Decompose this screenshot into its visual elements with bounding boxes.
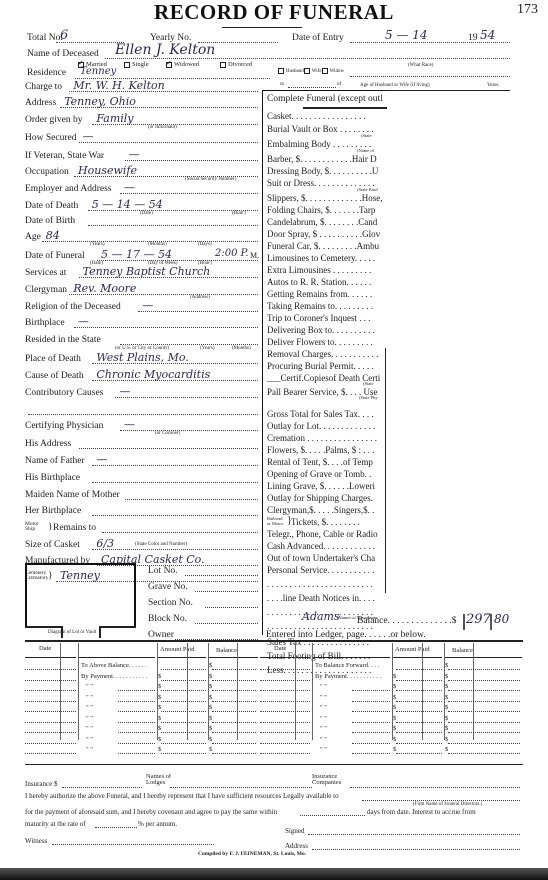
field-input-line[interactable] [92,465,258,466]
balance-field[interactable] [448,732,520,733]
amount-paid-field[interactable] [396,711,442,712]
ledger-desc-field[interactable] [118,690,155,691]
ledger-header-rule [444,657,522,658]
field-value[interactable]: 5 — 14 — 54 [92,198,163,211]
ledger-date-field[interactable] [25,722,76,723]
field-value[interactable]: — [78,315,89,328]
spouse-or: or [280,82,284,87]
charge-line-item[interactable]: . . . . . . . . . . . . . . . . . . . . … [267,579,387,589]
payment-text: for the payment of aforesaid sum, and I … [25,808,277,816]
field-value[interactable]: 5 — 17 — 54 [101,248,172,261]
field-label: Cause of Death [25,371,84,381]
ledger-date-field[interactable] [25,690,76,691]
balance-prefix: $ [445,736,448,743]
lot-field-input[interactable] [185,575,258,576]
amount-paid-field[interactable] [161,753,206,754]
field-input-line[interactable] [79,448,258,449]
field-input-line[interactable] [92,549,258,550]
balance-prefix: $ [445,683,448,690]
ledger-date-field[interactable] [260,732,310,733]
field-value[interactable]: — [83,130,94,143]
name-of-deceased-label: Name of Deceased [27,49,99,59]
ledger-date-field[interactable] [25,701,76,702]
charge-line-item[interactable]: Autos to R. R. Station. . . . . . [267,277,387,287]
field-label: Name of Father [25,456,85,466]
ledger-date-field[interactable] [260,711,310,712]
charge-line-item[interactable]: Personal Service. . . . . . . . . . . [267,565,387,575]
ledger-date-field[interactable] [25,743,76,744]
balance-field[interactable] [212,701,256,702]
amount-paid-field[interactable] [396,732,442,733]
lot-field-label: Section No. [148,598,193,608]
ledger-entry-label: " " [86,715,93,722]
field-input-line[interactable] [92,482,258,483]
ledger-column-rule [237,643,238,740]
field-input-line[interactable] [120,193,258,194]
field-value[interactable]: — [129,148,140,161]
field-input-line[interactable] [125,499,258,500]
charge-line-item[interactable]: Getting Remains from. . . . . . [267,289,387,299]
field-value[interactable]: 6/3 [96,537,114,550]
diagram-base [25,626,62,628]
ledger-header-rule [208,657,258,658]
lodges-label: Names ofLodges [146,774,171,786]
ledger-date-field[interactable] [260,669,310,670]
field-label: Certifying Physician [25,421,103,431]
charge-line-item[interactable]: Clergyman,$. . . . .Singers,$. . [267,505,387,515]
ledger-date-field[interactable] [260,701,310,702]
balance-field[interactable] [448,743,520,744]
charge-line-item[interactable]: Trip to Coroner's Inquest . . . [267,313,387,323]
field-label: If Veteran, State War [25,151,104,161]
ledger-desc-field[interactable] [118,722,155,723]
field-hint: (Social Security Number) [185,177,236,182]
amount-paid-prefix: $ [393,673,396,680]
residence-label: Residence [27,68,66,78]
marital-widowed[interactable]: Widowed [166,61,199,68]
balance-cents[interactable]: 80 [494,612,509,626]
charge-line-item[interactable]: Removal Charges. . . . . . . . . . . [267,349,387,359]
date-of-entry-year[interactable]: 54 [480,28,495,42]
balance-field[interactable] [212,690,256,691]
field-input-line[interactable] [92,515,258,516]
ledger-date-field[interactable] [260,690,310,691]
field-value[interactable]: — [124,418,135,431]
balance-divider [463,614,465,630]
field-label: Maiden Name of Mother [25,490,120,500]
signer-address-field[interactable] [312,849,520,850]
ledger-desc-field[interactable] [352,722,390,723]
field-label: Her Birthplace [25,506,81,516]
balance-prefix: $ [445,746,448,753]
balance-field[interactable] [212,669,256,670]
maturity-text: maturity at the rate of [25,820,86,828]
field-input-line[interactable] [138,311,258,312]
label-line: or Motor [267,521,283,526]
checkbox-label: Husband [286,69,304,74]
ledger-date-field[interactable] [260,680,310,681]
ledger-column-rule [422,643,423,740]
residence-value[interactable]: Tenney [80,66,116,77]
field-value[interactable]: West Plains, Mo. [96,351,188,364]
field-input-line[interactable] [115,397,258,398]
checkbox-divorced[interactable] [220,62,226,68]
label-line: Lodges [146,780,171,786]
charge-line-item[interactable]: Out of town Undertaker's Cha [267,553,387,563]
lot-field-input[interactable] [205,607,258,608]
days-text: days from date. Interest to accrue from [367,808,476,816]
field-label: Religion of the Deceased [25,302,121,312]
lot-field-label: Block No. [148,614,187,624]
checkbox-widow[interactable] [322,68,328,74]
total-no-value[interactable]: 6 [60,28,68,43]
ledger-bottom-rule [25,764,523,765]
field-value[interactable]: Rev. Moore [73,282,136,295]
amount-paid-field[interactable] [161,732,206,733]
balance-field[interactable] [448,669,520,670]
field-label: Place of Death [25,354,81,364]
charges-header: Complete Funeral (except outl [267,94,387,104]
ledger-entry-label: " " [86,725,93,732]
ledger-column-rule [295,643,296,740]
spouse-options: HusbandWifeWidow [278,68,344,74]
amount-paid-prefix: $ [158,673,161,680]
balance-prefix: $ [209,694,212,701]
ledger-desc-field[interactable] [118,753,155,754]
what-race-note: (What Race) [408,63,433,68]
funeral-director-field[interactable] [362,800,520,801]
dotted-line [350,42,510,43]
lot-field-input[interactable] [195,591,258,592]
ledger-desc-field[interactable] [118,732,155,733]
diagram-caption: Diagram of Lot or Vault [48,630,96,635]
checkbox-label: Divorced [228,61,252,68]
companies-field[interactable] [350,787,520,788]
balance-field[interactable] [212,711,256,712]
ledger-desc-field[interactable] [352,701,390,702]
field-value[interactable]: — [119,385,130,398]
balance-field[interactable] [448,690,520,691]
charge-line-item[interactable]: Gross Total for Sales Tax. . . . [267,409,387,419]
field-value[interactable]: Mr. W. H. Kelton [73,79,164,92]
ledger-entry-label: To Balance Forward. . . . [315,662,379,669]
ledger-desc-field[interactable] [352,690,390,691]
ledger-date-field[interactable] [25,669,76,670]
diagram-base [99,626,136,628]
amount-paid-field[interactable] [161,690,206,691]
amount-paid-prefix: $ [158,694,161,701]
label-line: Companies [312,780,341,786]
balance-field[interactable] [212,722,256,723]
amount-paid-field[interactable] [396,690,442,691]
charge-line-item[interactable]: . . . .line Death Notices in. . . . [267,593,387,603]
ledger-entry-label: " " [86,694,93,701]
charge-hint: (Name of [357,148,374,153]
amount-paid-field[interactable] [161,743,206,744]
companies-label: InsuranceCompanies [312,774,341,786]
charge-line-item[interactable]: Delivering Box to. . . . . . . . . . [267,325,387,335]
balance-dollars[interactable]: 297 [466,612,491,627]
field-label: Date of Death [25,201,78,211]
marital-single[interactable]: Single [124,61,149,68]
charge-line-item[interactable]: Dressing Body, $. . . . . . . . . .U [267,166,387,176]
amount-paid-field[interactable] [161,701,206,702]
field-hint: (Days) [198,242,212,247]
ledger-entry-label: " " [86,736,93,743]
ledger-header-rule [260,657,310,658]
charge-line-item[interactable]: Tickets, $. . . . . . . . [291,517,411,527]
witness-field[interactable] [52,844,214,845]
ledger-entry-label: By Payment. . . . . . . . . . . [315,673,381,680]
address-label: Address [285,842,308,850]
checkbox-widowed[interactable] [166,62,172,68]
scan-edge [0,868,548,880]
balance-label: Balance. . . . . . . . . . . . . .$ [357,616,456,626]
ledger-entry-label: " " [320,746,327,753]
ledger-header: Amount Paid [395,646,430,653]
form-title: RECORD OF FUNERAL [0,0,548,25]
balance-prefix: $ [445,715,448,722]
charge-line-item[interactable]: Total Footing of Bill. . . . . . . [267,651,387,661]
interest-rate-field[interactable] [95,827,137,828]
firm-name-note: (Firm Name of Funeral Directors.) [413,802,482,807]
amount-paid-prefix: $ [158,704,161,711]
charge-line-item[interactable]: Deliver Flowers to. . . . . . . . . [267,337,387,347]
checkbox-wife[interactable] [304,68,310,74]
ledger-column-rule [60,643,61,740]
amount-paid-prefix: $ [158,715,161,722]
ledger-desc-field[interactable] [352,743,390,744]
field-hint: (Months) [148,242,167,247]
charge-line-item[interactable]: Procuring Burial Permit. . . . . [267,361,387,371]
ledger-column-rule [312,643,313,740]
field-label: Charge to [25,82,62,92]
charge-hint: (State Kind [357,187,378,192]
days-field[interactable] [300,815,365,816]
charge-hint: (State [363,381,374,386]
field-input-line[interactable] [74,327,258,328]
balance-prefix: $ [209,746,212,753]
field-hint: (State Color and Number) [135,542,187,547]
railroad-motor-label: Railroador Motor [267,516,283,526]
amount-paid-prefix: $ [158,683,161,690]
charge-line-item[interactable]: Taking Remains to. . . . . . . . . [267,301,387,311]
amount-paid-field[interactable] [396,669,442,670]
field-label: Remains to [53,523,96,533]
field-input-line[interactable] [120,344,258,345]
ledger-header: Date [274,645,286,652]
charge-line-item[interactable]: Barber, $. . . . . . . . . . . .Hair D [267,154,387,164]
ledger-entry-label: " " [320,725,327,732]
prefix-line: Ship [25,527,39,532]
field-hint: (Date) [140,211,153,216]
ledger-desc-field[interactable] [352,732,390,733]
field-label: Services at [25,268,66,278]
amount-paid-field[interactable] [396,722,442,723]
field-label: Resided in the State [25,335,101,345]
ledger-column-rule [473,643,474,740]
balance-field[interactable] [448,680,520,681]
charge-line-item[interactable]: Cash Advanced. . . . . . . . . . . . [267,541,387,551]
field-hint: (Address) [190,295,210,300]
checkbox-label: Widow [330,69,345,74]
ledger-desc-field[interactable] [118,743,155,744]
charge-hint: (State [361,133,372,138]
dotted-line [350,76,510,77]
charge-line-item[interactable]: Candelabrum, $. . . . . . . .Cand [267,217,387,227]
field-label: Size of Casket [25,540,80,550]
balance-prefix: $ [445,673,448,680]
field-input-line[interactable] [102,532,258,533]
ledger-date-field[interactable] [25,711,76,712]
balance-field[interactable] [212,753,256,754]
amount-paid-field[interactable] [161,711,206,712]
balance-field[interactable] [448,753,520,754]
authorize-text: I hereby authorize the above Funeral, an… [25,792,339,800]
dotted-line [288,87,336,88]
amount-paid-prefix: $ [158,736,161,743]
ledger-entry-label: Entered into Ledger, page. . . . . .or b… [266,630,426,640]
balance-field[interactable] [212,743,256,744]
ledger-header: Balance [452,647,473,654]
amount-paid-prefix: $ [393,725,396,732]
charge-line-item[interactable]: Lining Grave, $. . . . . .Loweri [267,481,387,491]
amount-paid-prefix: $ [393,694,396,701]
field-label: How Secured [25,133,76,143]
ledger-entry-label: " " [320,704,327,711]
lot-field-input[interactable] [195,623,258,624]
field-input-line[interactable] [125,160,258,161]
amount-paid-field[interactable] [396,701,442,702]
field-value[interactable]: Housewife [78,164,137,177]
balance-prefix: $ [209,683,212,690]
name-of-deceased-value[interactable]: Ellen J. Kelton [115,42,215,58]
field-value[interactable]: Tenney, Ohio [64,95,136,108]
charge-line-item[interactable]: Opening of Grave or Tomb. . [267,469,387,479]
charge-line-item[interactable]: Slippers, $. . . . . . . . . . . . .Hose… [267,193,387,203]
ledger-date-field[interactable] [25,732,76,733]
balance-field[interactable] [448,701,520,702]
charge-line-item[interactable]: Door Spray, $ . . . . . . . . . .Glov [267,229,387,239]
balance-prefix: $ [445,725,448,732]
field-hint: (or Coroner) [155,431,180,436]
field-label: His Birthplace [25,473,80,483]
ledger-date-field[interactable] [260,722,310,723]
field-input-line[interactable] [120,430,258,431]
charge-line-item[interactable]: Flowers, $. . . . .Palms, $ : . . . [267,445,387,455]
amount-paid-field[interactable] [161,722,206,723]
charge-line-item[interactable]: Extra Limousines . . . . . . . . . [267,265,387,275]
signed-field[interactable] [308,834,520,835]
lot-field-label: Lot No. [148,566,178,576]
charge-line-item[interactable]: Funeral Car, $. . . . . . . . .Ambu [267,241,387,251]
amount-paid-field[interactable] [161,680,206,681]
field-value[interactable]: Chronic Myocarditis [96,368,210,381]
ledger-date-field[interactable] [260,743,310,744]
ledger-desc-field[interactable] [352,753,390,754]
amount-paid-field[interactable] [396,680,442,681]
field-hint: (Hour) [232,211,246,216]
ledger-desc-field[interactable] [118,701,155,702]
ledger-date-field[interactable] [260,753,310,754]
field-hint: (Years) [200,346,215,351]
balance-field[interactable] [448,711,520,712]
amount-paid-prefix: $ [393,683,396,690]
checkbox-single[interactable] [124,62,130,68]
field-label: Birthplace [25,318,65,328]
amount-paid-field[interactable] [161,669,206,670]
ledger-entry-label: By Payment. . . . . . . . . . . [81,673,147,680]
field-value[interactable]: Family [96,112,133,125]
ledger-header: Amount Paid [160,646,195,653]
checkbox-husband[interactable] [278,68,284,74]
ledger-entry-label: " " [86,704,93,711]
section-divider [25,640,523,642]
ledger-desc-field[interactable] [118,711,155,712]
brace: } [48,522,53,532]
field-value[interactable]: — [96,453,107,466]
ledger-header-rule [157,657,206,658]
field-label: Address [25,98,56,108]
balance-field[interactable] [448,722,520,723]
field-input-line[interactable] [88,225,258,226]
charge-line-item[interactable]: Cremation . . . . . . . . . . . . . . . … [267,433,387,443]
field-label: His Address [25,439,71,449]
ledger-desc-field[interactable] [352,711,390,712]
ledger-date-field[interactable] [25,680,76,681]
charge-line-item[interactable]: Telegr., Phone, Cable or Radio [267,529,387,539]
checkbox-label: Single [132,61,149,68]
ledger-entry-label: To Above Balance. . . . . . [81,662,147,669]
field-value[interactable]: — [142,299,153,312]
charge-line-item[interactable]: Outlay for Lot. . . . . . . . . . . . . [267,421,387,431]
field-value[interactable]: — [124,181,135,194]
field-label: Date of Birth [25,216,75,226]
field-suffix: M. [250,251,259,260]
amount-paid-field[interactable] [396,753,442,754]
ledger-header-rule [25,657,76,658]
field-value[interactable]: Tenney Baptist Church [83,265,211,278]
balance-field[interactable] [212,732,256,733]
field-input-line[interactable] [79,142,258,143]
ledger-date-field[interactable] [25,753,76,754]
balance-field[interactable] [212,680,256,681]
charge-line-item[interactable]: Outlay for Shipping Charges. [267,493,387,503]
charges-inner-rule [385,348,386,593]
field-value-secondary[interactable]: 2:00 P. [215,248,249,259]
charge-line-item[interactable]: Folding Chairs, $. . . . . . .Tarp [267,205,387,215]
lodges-field[interactable] [170,787,312,788]
amount-paid-prefix: $ [393,746,396,753]
less-value[interactable]: Adams [302,610,340,623]
ledger-header-rule [78,657,155,658]
charge-line-item[interactable]: Limousines to Cemetery. . . . . [267,253,387,263]
amount-paid-field[interactable] [396,743,442,744]
field-input-line[interactable] [28,414,258,415]
marital-divorced[interactable]: Divorced [220,61,252,68]
ledger-entry-label: " " [320,694,327,701]
field-value[interactable]: 84 [46,229,60,242]
field-label: Clergyman [25,285,67,295]
date-of-entry-value[interactable]: 5 — 14 [385,28,428,42]
field-label: Occupation [25,167,69,177]
insurance-field[interactable] [62,787,142,788]
charge-line-item[interactable]: Rental of Tent, $. . . .of Temp [267,457,387,467]
charge-line-item[interactable]: Casket. . . . . . . . . . . . . . . . . [267,111,387,121]
amount-paid-prefix: $ [393,704,396,711]
ledger-header-rule [392,657,442,658]
date-of-entry-label: Date of Entry [292,33,344,43]
